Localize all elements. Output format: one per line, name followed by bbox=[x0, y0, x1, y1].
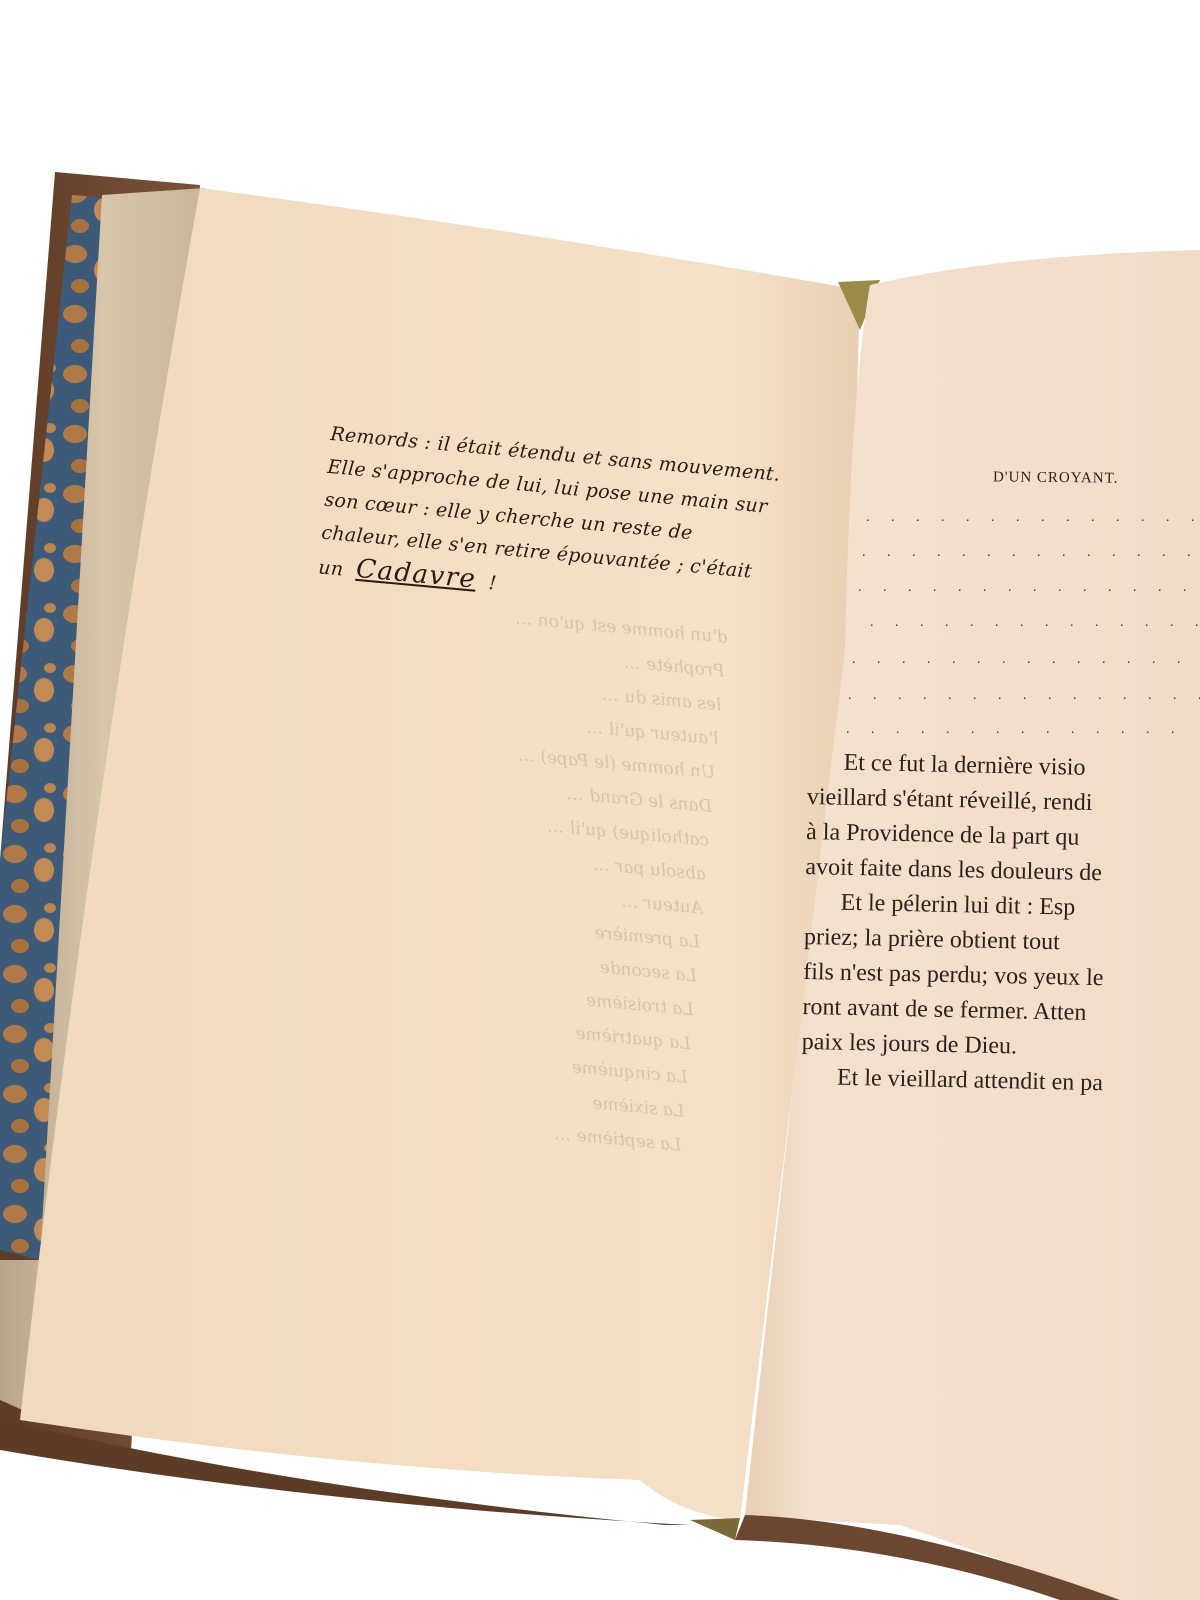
ellipsis-row: . . . . . . . . . . . . . . bbox=[846, 722, 1184, 738]
ellipsis-row: . . . . . . . . . . . . . . . . . . . . … bbox=[848, 688, 1200, 704]
printed-text: Et ce fut la dernière visio vieillard s'… bbox=[801, 745, 1200, 1106]
right-page: D'UN CROYANT. . . . . . . . . . . . . . … bbox=[0, 0, 1200, 1600]
ellipsis-row: . . . . . . . . . . . . . . . . . . . . bbox=[870, 615, 1200, 631]
ellipsis-row: . . . . . . . . . . . . . . . . . . . . … bbox=[866, 510, 1200, 526]
running-head: D'UN CROYANT. bbox=[993, 469, 1119, 487]
ellipsis-row: . . . . . . . . . . . . . . . . . . . . … bbox=[858, 580, 1200, 596]
ellipsis-row: . . . . . . . . . . . . . . . . . . . . … bbox=[852, 652, 1200, 668]
ellipsis-row: . . . . . . . . . . . . . . . . . . . . … bbox=[862, 545, 1200, 561]
book-photo: d'un homme est qu'on … Prophète … les am… bbox=[0, 0, 1200, 1600]
